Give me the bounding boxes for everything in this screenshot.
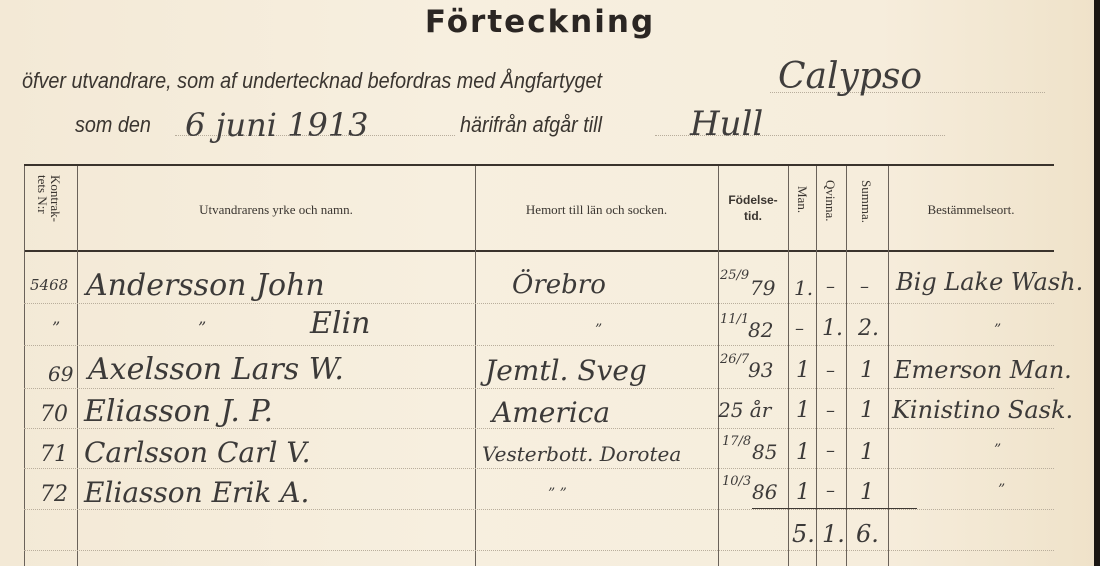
header-bottom-border (24, 250, 1054, 252)
header-line-2-prefix: som den (75, 112, 151, 138)
birth-year: 25 år (718, 398, 771, 422)
home-parish: Jemtl. Sveg (485, 354, 647, 387)
contract-no: 71 (40, 442, 68, 467)
ship-name: Calypso (778, 56, 922, 97)
home-parish: America (492, 396, 610, 429)
table-top-border (24, 164, 1054, 166)
header-line-2-mid: härifrån afgår till (460, 112, 602, 138)
sum-count: 1 (860, 480, 874, 505)
birth-day-month: 10/3 (722, 474, 751, 489)
birth-year: 85 (752, 440, 777, 464)
birth-year: 82 (748, 318, 773, 342)
totals-underline (752, 508, 917, 509)
emigrant-name: Carlsson Carl V. (84, 436, 311, 469)
header-line-1: öfver utvandrare, som af undertecknad be… (22, 68, 602, 94)
sum-count: 1 (860, 398, 874, 423)
row-rule (24, 550, 1054, 551)
col-border (77, 166, 78, 566)
page-edge (1094, 0, 1100, 566)
birth-day-month: 17/8 (722, 434, 751, 449)
birth-day-month: 25/9 (720, 268, 749, 283)
col-border (816, 166, 817, 566)
woman-count: – (826, 480, 835, 501)
woman-count: – (826, 400, 835, 421)
emigrant-name: Axelsson Lars W. (88, 352, 344, 387)
birth-year: 86 (752, 480, 777, 504)
col-border (888, 166, 889, 566)
emigrant-name: Elin (310, 306, 370, 341)
total-man: 5. (792, 520, 815, 548)
departure-date: 6 juni 1913 (185, 106, 369, 144)
row-rule (24, 509, 1054, 510)
total-woman: 1. (822, 520, 845, 548)
col-border (24, 166, 25, 566)
destination: ” (994, 322, 1001, 338)
destination: ” (994, 442, 1001, 458)
contract-no: 70 (40, 402, 68, 427)
emigrant-name: Eliasson Erik A. (84, 476, 309, 509)
row-rule (24, 303, 1054, 304)
destination: Kinistino Sask. (892, 396, 1073, 424)
sum-count: – (860, 276, 869, 297)
man-count: 1 (796, 398, 810, 423)
emigrant-name: Eliasson J. P. (84, 394, 273, 429)
contract-no: 69 (48, 362, 73, 386)
col-border (788, 166, 789, 566)
woman-count: 1. (822, 316, 843, 341)
row-rule (24, 345, 1054, 346)
contract-no: 72 (40, 482, 68, 507)
col-border (475, 166, 476, 566)
col-border (718, 166, 719, 566)
home-parish: Örebro (512, 270, 606, 300)
header-man: Man. (796, 186, 809, 213)
header-name: Utvandrarens yrke och namn. (77, 202, 475, 218)
home-parish: ” (595, 322, 602, 338)
man-count: 1 (796, 440, 810, 465)
contract-no: 5468 (30, 276, 68, 294)
birth-year: 79 (750, 276, 775, 300)
sum-count: 1 (860, 358, 874, 383)
line1-prefix: öfver utvandrare, som af undertecknad be… (22, 68, 602, 93)
emigrant-name: Andersson John (86, 268, 325, 303)
header-destination: Bestämmelseort. (888, 202, 1054, 218)
row-rule (24, 388, 1054, 389)
header-home: Hemort till län och socken. (475, 202, 718, 218)
header-woman: Qvinna. (824, 180, 837, 222)
woman-count: – (826, 440, 835, 461)
sum-count: 2. (858, 316, 879, 341)
header-contract-no: Kontrak- tets N:r (36, 175, 62, 222)
woman-count: – (826, 360, 835, 381)
contract-no: ” (52, 318, 60, 337)
man-count: – (795, 318, 804, 339)
birth-year: 93 (748, 358, 773, 382)
document-title: Förteckning (0, 4, 1080, 40)
destination-port: Hull (690, 104, 763, 144)
header-birth: Födelse- tid. (718, 192, 788, 224)
total-sum: 6. (856, 520, 879, 548)
destination: Emerson Man. (894, 356, 1072, 384)
col-border (846, 166, 847, 566)
woman-count: – (826, 276, 835, 297)
birth-day-month: 26/7 (720, 352, 749, 367)
home-parish: ” ” (548, 486, 567, 502)
man-count: 1 (796, 358, 810, 383)
man-count: 1. (794, 276, 813, 300)
header-sum: Summa. (860, 180, 873, 223)
home-parish: Vesterbott. Dorotea (482, 442, 681, 466)
destination: ” (998, 482, 1005, 498)
man-count: 1 (796, 480, 810, 505)
name-ditto: ” (198, 318, 206, 337)
destination: Big Lake Wash. (896, 268, 1083, 296)
birth-day-month: 11/1 (720, 312, 749, 327)
sum-count: 1 (860, 440, 874, 465)
